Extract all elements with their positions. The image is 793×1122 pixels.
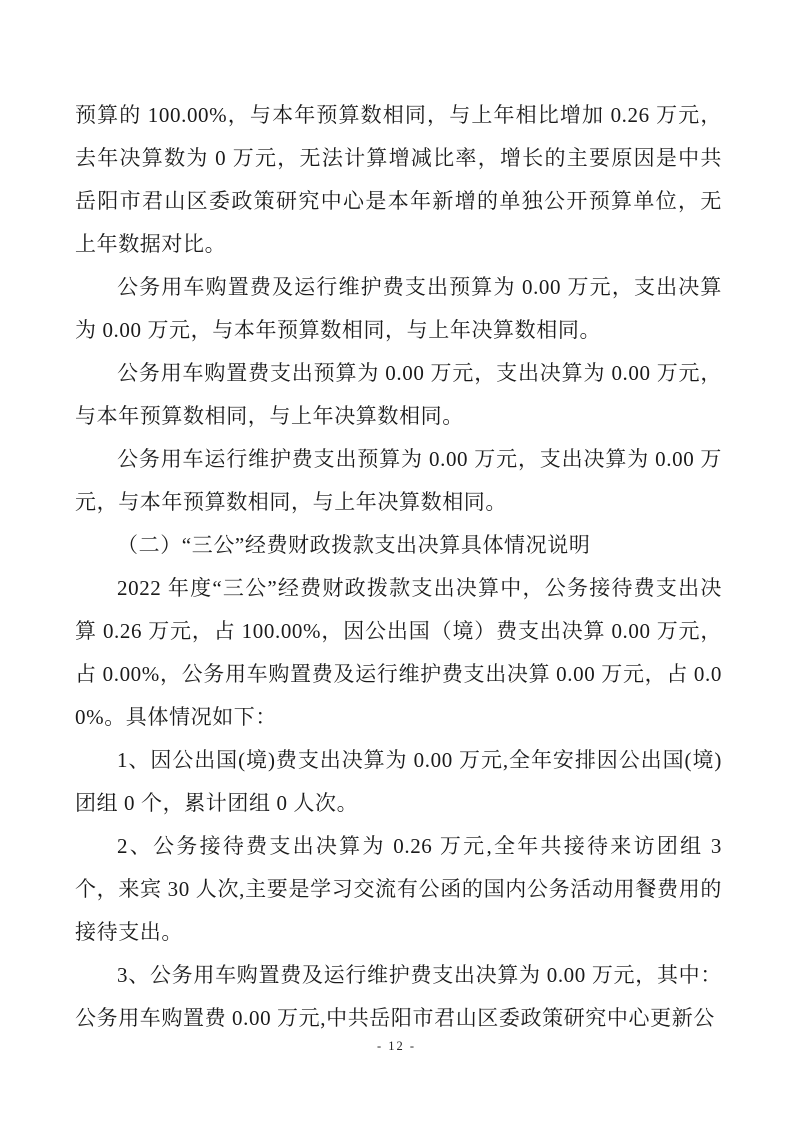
page-footer: - 12 -	[0, 1039, 793, 1054]
body-paragraph-budget-comparison: 预算的 100.00%，与本年预算数相同，与上年相比增加 0.26 万元，去年决…	[75, 94, 722, 266]
document-page: 预算的 100.00%，与本年预算数相同，与上年相比增加 0.26 万元，去年决…	[0, 0, 793, 1122]
body-paragraph-annual-summary: 2022 年度“三公”经费财政拨款支出决算中，公务接待费支出决算 0.26 万元…	[75, 567, 722, 739]
list-item-1-overseas-travel: 1、因公出国(境)费支出决算为 0.00 万元,全年安排因公出国(境)团组 0 …	[75, 739, 722, 825]
document-body: 预算的 100.00%，与本年预算数相同，与上年相比增加 0.26 万元，去年决…	[75, 94, 722, 1040]
body-paragraph-vehicle-total: 公务用车购置费及运行维护费支出预算为 0.00 万元，支出决算为 0.00 万元…	[75, 266, 722, 352]
body-paragraph-vehicle-maintenance: 公务用车运行维护费支出预算为 0.00 万元，支出决算为 0.00 万元，与本年…	[75, 438, 722, 524]
list-item-3-vehicle-expenses: 3、公务用车购置费及运行维护费支出决算为 0.00 万元，其中：公务用车购置费 …	[75, 954, 722, 1040]
body-paragraph-vehicle-purchase: 公务用车购置费支出预算为 0.00 万元，支出决算为 0.00 万元，与本年预算…	[75, 352, 722, 438]
list-item-2-official-reception: 2、公务接待费支出决算为 0.26 万元,全年共接待来访团组 3 个，来宾 30…	[75, 825, 722, 954]
section-heading-three-public-expenses: （二）“三公”经费财政拨款支出决算具体情况说明	[75, 524, 722, 567]
page-number: - 12 -	[377, 1039, 416, 1053]
